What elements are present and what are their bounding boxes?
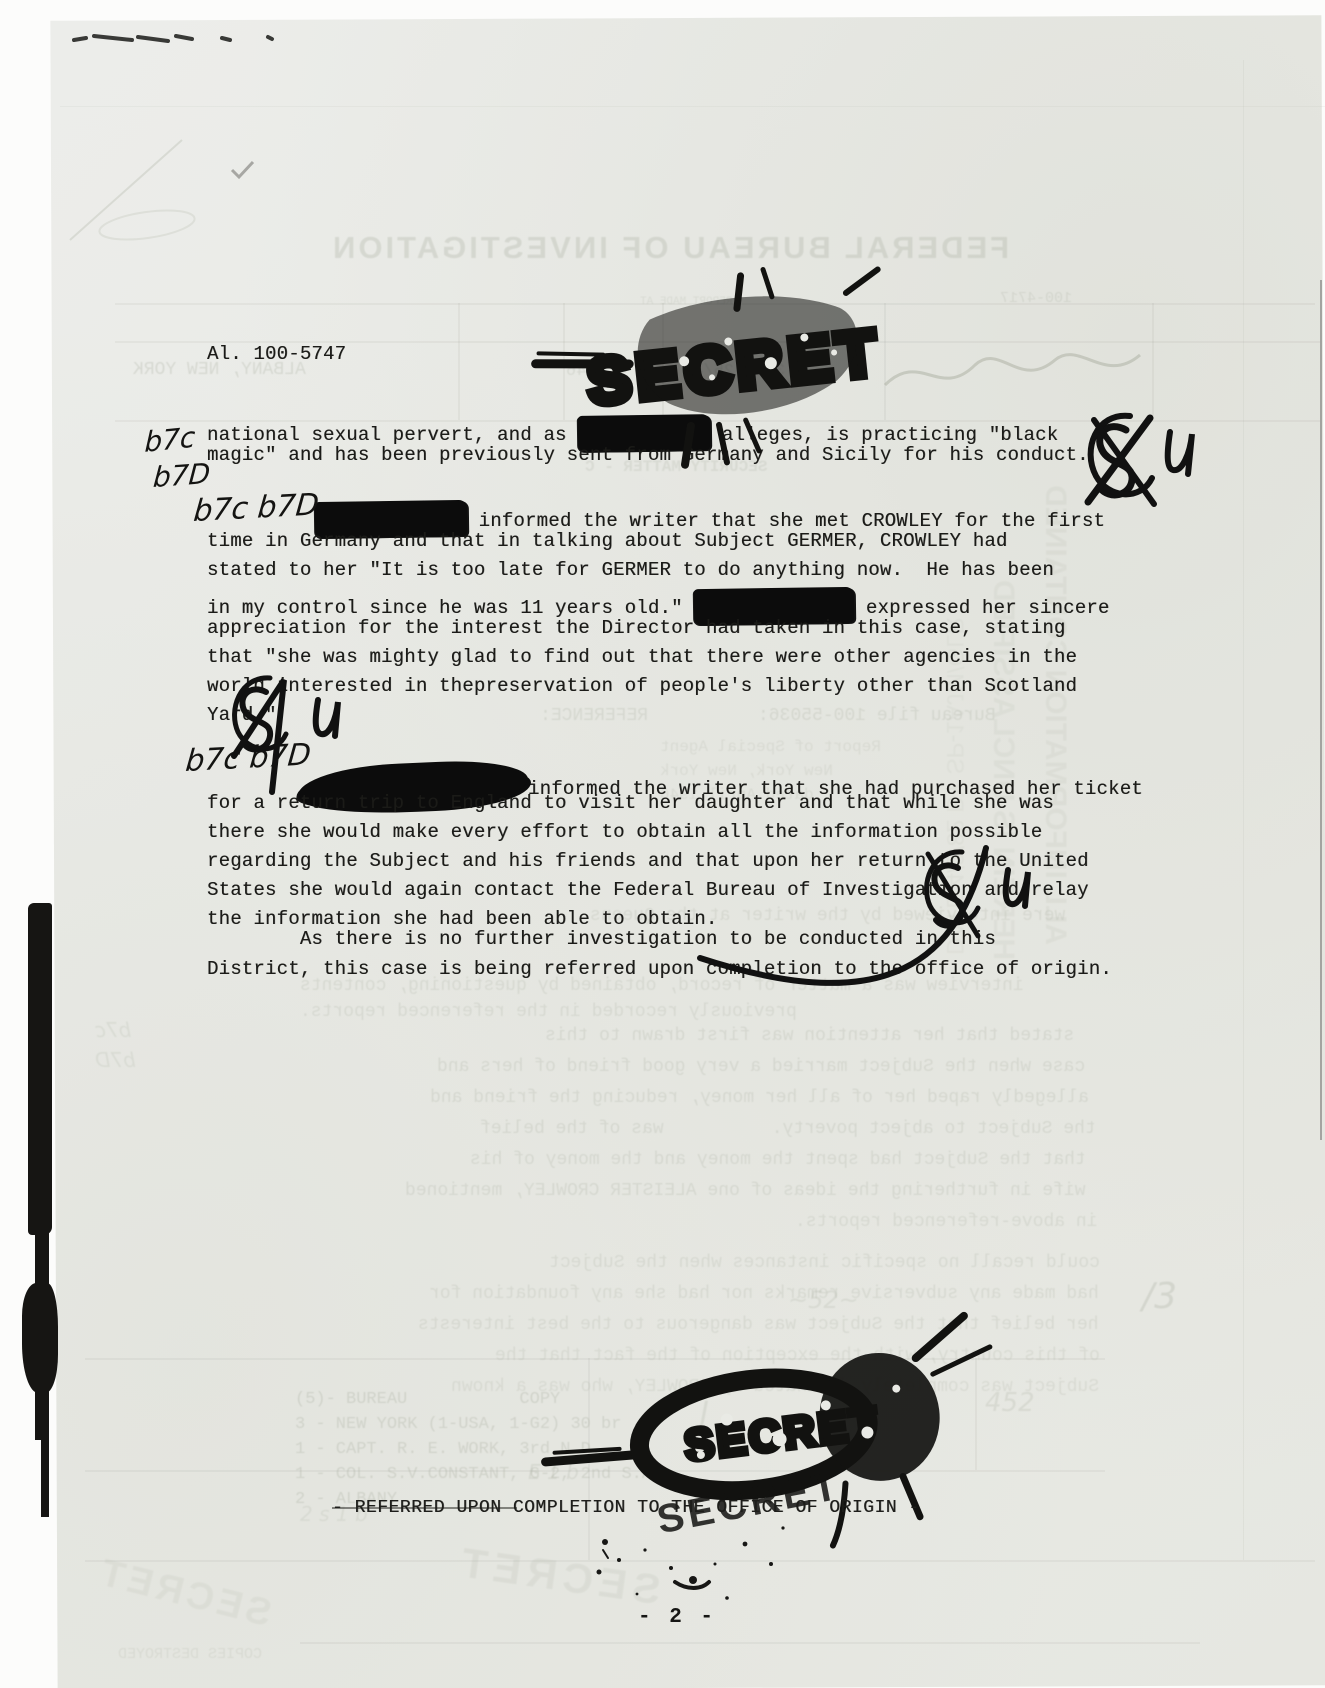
typed-text: stated to her "It is too late for GERMER… [207,559,1054,581]
bleedthrough-text: in above-referenced reports. [795,1212,1097,1232]
declass-mark-s-struck [690,840,1050,1070]
scanned-document-page: { "page": { "file_number": "Al. 100-5747… [0,0,1325,1688]
typed-text: Al. 100-5747 [207,343,346,365]
margin-exemption-code: b7D [152,457,211,494]
typed-text: the information she had been able to obt… [207,908,717,930]
typed-line: Al. 100-5747 [207,343,346,365]
bleedthrough-text: wife in furthering the ideas of one ALEI… [405,1181,1086,1201]
typed-text: national sexual pervert, and as [207,424,578,446]
scan-edge-artifact-blob [22,1283,58,1393]
bleedthrough-text: ~52~ [788,1286,859,1314]
bleedthrough-text: Report of Special Agent [660,738,881,756]
bleedthrough-text: had made any subversive remarks nor had … [429,1284,1099,1304]
scan-edge-line [1320,280,1322,1140]
scan-dash-artifacts [72,28,332,50]
bleedthrough-text: COPIES DESTROYED [118,1646,262,1663]
bleedthrough-text: allegedly raped her of all her money, re… [430,1088,1089,1108]
signature-scrawl-bleed [880,330,1150,410]
typed-text: expressed her sincere [854,597,1109,619]
typed-text: that "she was mighty glad to find out th… [207,646,1077,668]
paper-crease [60,106,1325,107]
bleedthrough-text: the Subject to abject poverty. was of th… [480,1119,1096,1139]
fold-mark-bleed [62,130,212,250]
bleedthrough-text: could recall no specific instances when … [549,1253,1100,1273]
paper-crease [1243,60,1244,1560]
bleedthrough-text: REFERENCE: [540,706,648,726]
form-grid-line [300,1642,1200,1644]
bleedthrough-text: 100-4717 [1000,290,1072,307]
typed-text: informed the writer that she met CROWLEY… [467,510,1105,532]
margin-exemption-code: b7c [144,420,196,459]
margin-exemption-code: b7c b7D [192,487,320,529]
form-grid-line [1152,303,1154,420]
bleedthrough-text: b7D [95,1048,136,1072]
typed-line: appreciation for the interest the Direct… [207,617,1066,639]
check-mark [230,160,256,180]
typed-line: that "she was mighty glad to find out th… [207,646,1077,668]
bleedthrough-text: that the Subject had spent the money and… [470,1150,1086,1170]
footer-strike-mark [332,1507,517,1509]
typed-line: the information she had been able to obt… [207,908,717,930]
bleedthrough-text: b7c [95,1018,131,1042]
typed-line: time in Germany and that in talking abou… [207,530,1008,552]
form-grid-line [458,303,460,420]
declass-mark-s-struck [222,672,372,802]
page-number: - 2 - [638,1606,716,1629]
bleedthrough-text: /3 [1142,1276,1177,1317]
bleedthrough-text: (5)- BUREAU COPY [295,1390,560,1409]
declass-mark-s-struck [1078,408,1208,518]
scan-edge-artifact-bar [28,903,52,1235]
bleedthrough-text: FEDERAL BUREAU OF INVESTIGATION [330,230,1009,266]
typed-text: in my control since he was 11 years old.… [207,597,694,619]
secret-stamp-top-obliterated: SECRET [535,272,915,467]
typed-line: stated to her "It is too late for GERMER… [207,559,1054,581]
typed-text: time in Germany and that in talking abou… [207,530,1008,552]
typed-text: appreciation for the interest the Direct… [207,617,1066,639]
